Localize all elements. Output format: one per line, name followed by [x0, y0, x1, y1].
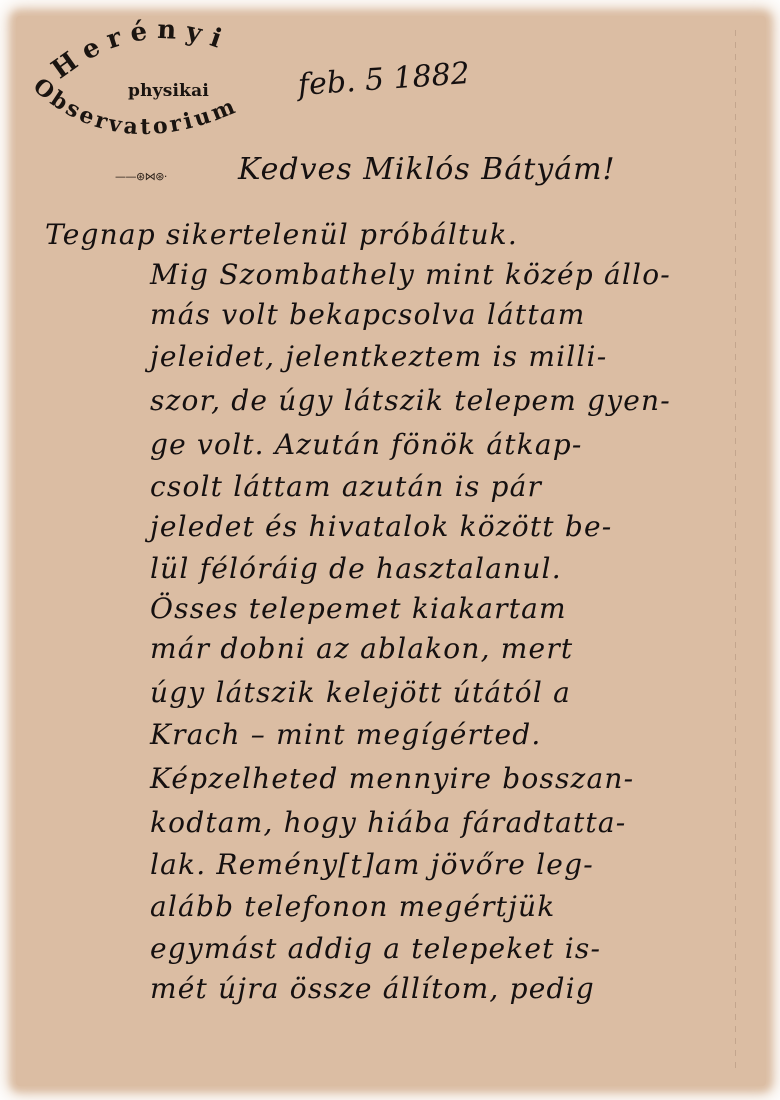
document-page: Herényi Observatorium physikai ——⊛⋈⊛· fe…	[0, 0, 780, 1100]
letterhead-center-text: physikai	[128, 81, 209, 101]
body-line: ge volt. Azután fönök átkap-	[150, 428, 583, 461]
body-line: szor, de úgy látszik telepem gyen-	[150, 384, 671, 417]
body-line: Össes telepemet kiakartam	[150, 592, 567, 625]
body-line: Krach – mint megígérted.	[150, 718, 542, 751]
body-line: egymást addig a telepeket is-	[150, 932, 601, 965]
body-line: úgy látszik kelejött útától a	[150, 676, 571, 709]
letterhead-top-text: Herényi	[46, 15, 234, 85]
body-line: jeleidet, jelentkeztem is milli-	[150, 340, 607, 373]
body-line: mét újra össze állítom, pedig	[150, 972, 595, 1005]
body-line: Tegnap sikertelenül próbáltuk.	[45, 218, 518, 251]
fold-line	[735, 30, 736, 1070]
body-line: már dobni az ablakon, mert	[150, 632, 573, 665]
body-line: Mig Szombathely mint közép állo-	[150, 258, 671, 291]
body-line: Képzelheted mennyire bosszan-	[150, 762, 634, 795]
body-line: kodtam, hogy hiába fáradtatta-	[150, 806, 626, 839]
body-line: lak. Remény[t]am jövőre leg-	[150, 848, 594, 881]
letter-salutation: Kedves Miklós Bátyám!	[238, 152, 616, 187]
body-line: alább telefonon megértjük	[150, 890, 555, 923]
svg-text:Herényi: Herényi	[46, 15, 234, 85]
body-line: jeledet és hivatalok között be-	[150, 510, 612, 543]
body-line: lül félóráig de hasztalanul.	[150, 552, 562, 585]
body-line: más volt bekapcsolva láttam	[150, 298, 585, 331]
ornament-divider-icon: ——⊛⋈⊛·	[115, 170, 167, 183]
body-line: csolt láttam azután is pár	[150, 470, 542, 503]
